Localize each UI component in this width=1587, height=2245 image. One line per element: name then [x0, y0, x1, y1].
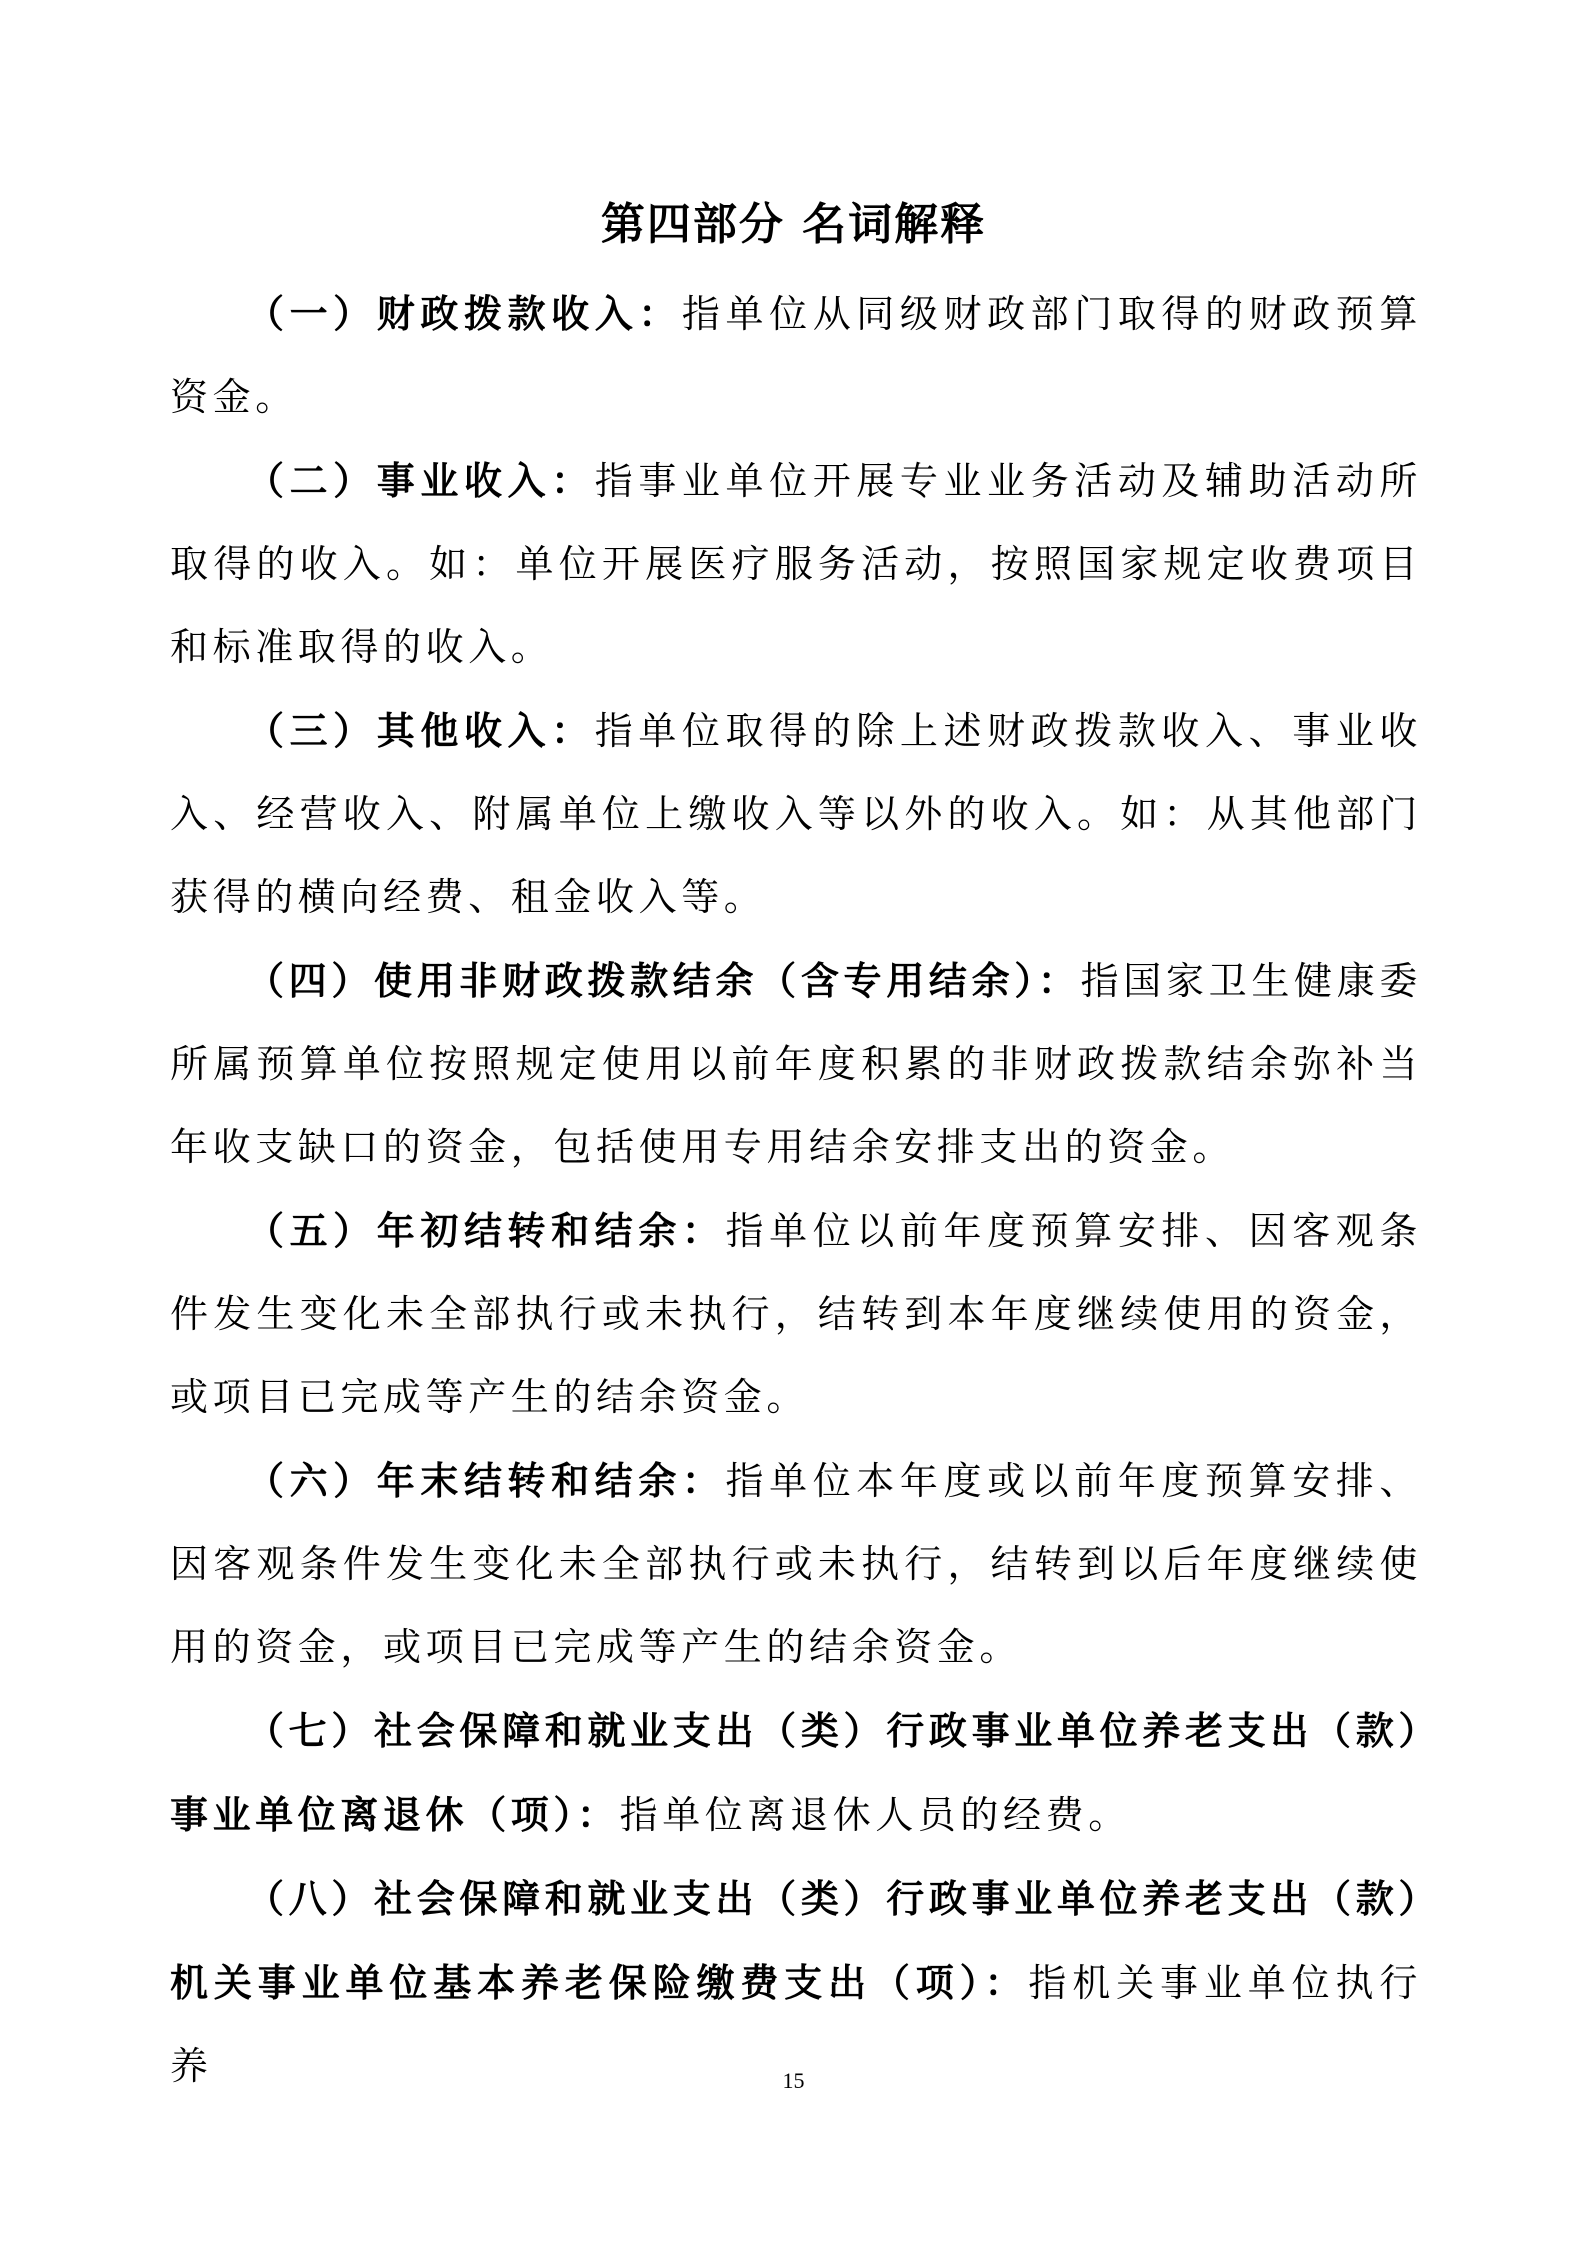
- definition-term: （一）财政拨款收入：: [246, 291, 682, 336]
- definition-financial-appropriation-income: （一）财政拨款收入：指单位从同级财政部门取得的财政预算资金。: [170, 272, 1422, 439]
- definition-term: （二）事业收入：: [246, 458, 595, 503]
- page-number: 15: [0, 2068, 1587, 2094]
- definition-text: 指单位离退休人员的经费。: [620, 1793, 1131, 1837]
- definition-business-income: （二）事业收入：指事业单位开展专业业务活动及辅助活动所取得的收入。如：单位开展医…: [170, 439, 1422, 689]
- definition-non-fiscal-balance-use: （四）使用非财政拨款结余（含专用结余）：指国家卫生健康委所属预算单位按照规定使用…: [170, 939, 1422, 1189]
- definition-opening-carryover: （五）年初结转和结余：指单位以前年度预算安排、因客观条件发生变化未全部执行或未执…: [170, 1189, 1422, 1439]
- definition-term: （三）其他收入：: [246, 708, 595, 753]
- page-title: 第四部分 名词解释: [0, 188, 1587, 252]
- definition-other-income: （三）其他收入：指单位取得的除上述财政拨款收入、事业收入、经营收入、附属单位上缴…: [170, 689, 1422, 939]
- definition-term: （五）年初结转和结余：: [246, 1208, 726, 1253]
- definition-term: （六）年末结转和结余：: [246, 1458, 726, 1503]
- document-body: （一）财政拨款收入：指单位从同级财政部门取得的财政预算资金。 （二）事业收入：指…: [170, 272, 1422, 2108]
- definition-closing-carryover: （六）年末结转和结余：指单位本年度或以前年度预算安排、因客观条件发生变化未全部执…: [170, 1439, 1422, 1689]
- definition-retirement-expenditure: （七）社会保障和就业支出（类）行政事业单位养老支出（款）事业单位离退休（项）：指…: [170, 1689, 1422, 1857]
- definition-term: （四）使用非财政拨款结余（含专用结余）：: [246, 958, 1081, 1003]
